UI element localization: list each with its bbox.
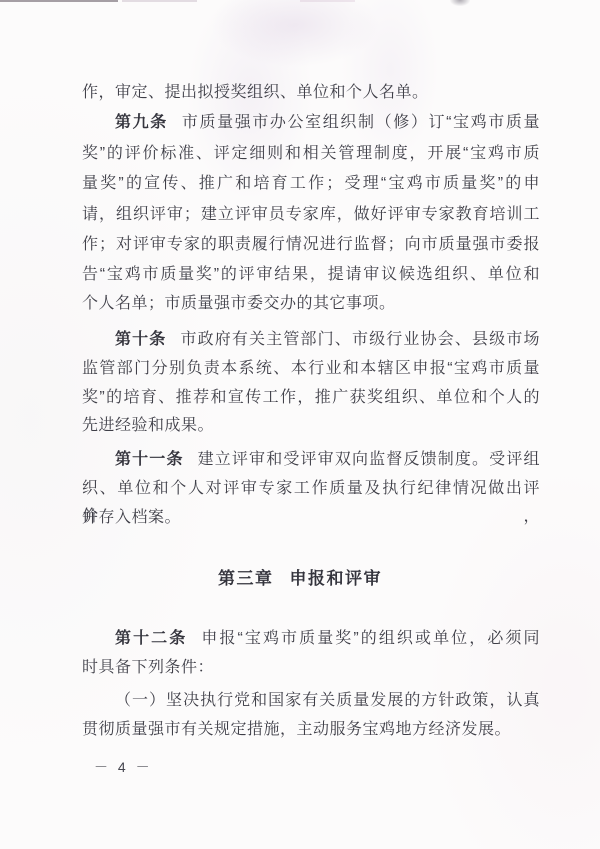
line-text: 建立评审和受评审双向监督反馈制度。受评组	[198, 451, 540, 468]
line-text: 申报“宝鸡市质量奖”的组织或单位，必须同	[201, 630, 540, 647]
article-label: 第十一条	[115, 451, 184, 468]
scan-artifact-top-faint	[122, 0, 197, 2]
scan-artifact-top-line	[0, 0, 118, 2]
text-line: 先进经验和成果。	[82, 412, 540, 440]
text-line: 第十二条申报“宝鸡市质量奖”的组织或单位，必须同	[82, 625, 540, 653]
line-text: 作，审定、提出拟授奖组织、单位和个人名单。	[82, 84, 429, 101]
line-text: 市质量强市办公室组织制（修）订“宝鸡市质量	[182, 114, 540, 131]
text-line: 时具备下列条件：	[82, 654, 540, 682]
text-line: 作，审定、提出拟授奖组织、单位和个人名单。	[82, 79, 540, 107]
text-line: 请，组织评审；建立评审员专家库，做好评审专家教育培训工	[82, 201, 540, 229]
line-text: 个人名单；市质量强市委交办的其它事项。	[82, 295, 396, 312]
article-label: 第十二条	[115, 630, 187, 647]
line-text: 贯彻质量强市有关规定措施，主动服务宝鸡地方经济发展。	[82, 721, 511, 738]
text-line: 个人名单；市质量强市委交办的其它事项。	[82, 290, 540, 318]
chapter-heading: 第三章申报和评审	[0, 564, 600, 589]
text-line: 贯彻质量强市有关规定措施，主动服务宝鸡地方经济发展。	[82, 716, 540, 744]
text-line: （一）坚决执行党和国家有关质量发展的方针政策，认真	[82, 687, 540, 715]
text-line: 奖”的培育、推荐和宣传工作，推广获奖组织、单位和个人的	[82, 384, 540, 412]
article-label: 第九条	[115, 114, 168, 131]
line-text: 告“宝鸡市质量奖”的评审结果，提请审议候选组织、单位和	[82, 266, 540, 283]
chapter-title: 申报和评审	[290, 569, 383, 588]
article-label: 第十条	[115, 331, 166, 348]
line-text: 监管部门分别负责本系统、本行业和本辖区申报“宝鸡市质量	[82, 360, 540, 377]
line-text: 作；对评审专家的职责履行情况进行监督；向市质量强市委报	[82, 236, 540, 253]
line-text: 请，组织评审；建立评审员专家库，做好评审专家教育培训工	[82, 206, 540, 223]
line-text: 奖”的培育、推荐和宣传工作，推广获奖组织、单位和个人的	[82, 389, 540, 406]
text-line: 作；对评审专家的职责履行情况进行监督；向市质量强市委报	[82, 231, 540, 259]
text-line: 第十一条建立评审和受评审双向监督反馈制度。受评组	[82, 446, 540, 474]
text-line: 并存入档案。	[82, 504, 540, 532]
line-text: 市政府有关主管部门、市级行业协会、县级市场	[180, 331, 540, 348]
line-text: 先进经验和成果。	[82, 417, 214, 434]
line-text: 奖”的评价标准、评定细则和相关管理制度，开展“宝鸡市质	[82, 145, 540, 162]
chapter-number: 第三章	[218, 569, 274, 588]
scan-artifact-top-pink	[300, 0, 355, 2]
line-text: （一）坚决执行党和国家有关质量发展的方针政策，认真	[115, 692, 540, 709]
scan-artifact-top-smudge	[450, 0, 470, 6]
text-line: 监管部门分别负责本系统、本行业和本辖区申报“宝鸡市质量	[82, 355, 540, 383]
line-text: 时具备下列条件：	[82, 659, 214, 676]
text-line: 量奖”的宣传、推广和培育工作；受理“宝鸡市质量奖”的申	[82, 170, 540, 198]
text-line: 第九条市质量强市办公室组织制（修）订“宝鸡市质量	[82, 109, 540, 137]
line-text: 并存入档案。	[82, 509, 181, 526]
page-number: － 4 －	[94, 757, 153, 777]
text-line: 奖”的评价标准、评定细则和相关管理制度，开展“宝鸡市质	[82, 140, 540, 168]
text-line: 第十条市政府有关主管部门、市级行业协会、县级市场	[82, 326, 540, 354]
text-line: 告“宝鸡市质量奖”的评审结果，提请审议候选组织、单位和	[82, 261, 540, 289]
line-text: 量奖”的宣传、推广和培育工作；受理“宝鸡市质量奖”的申	[82, 175, 540, 192]
